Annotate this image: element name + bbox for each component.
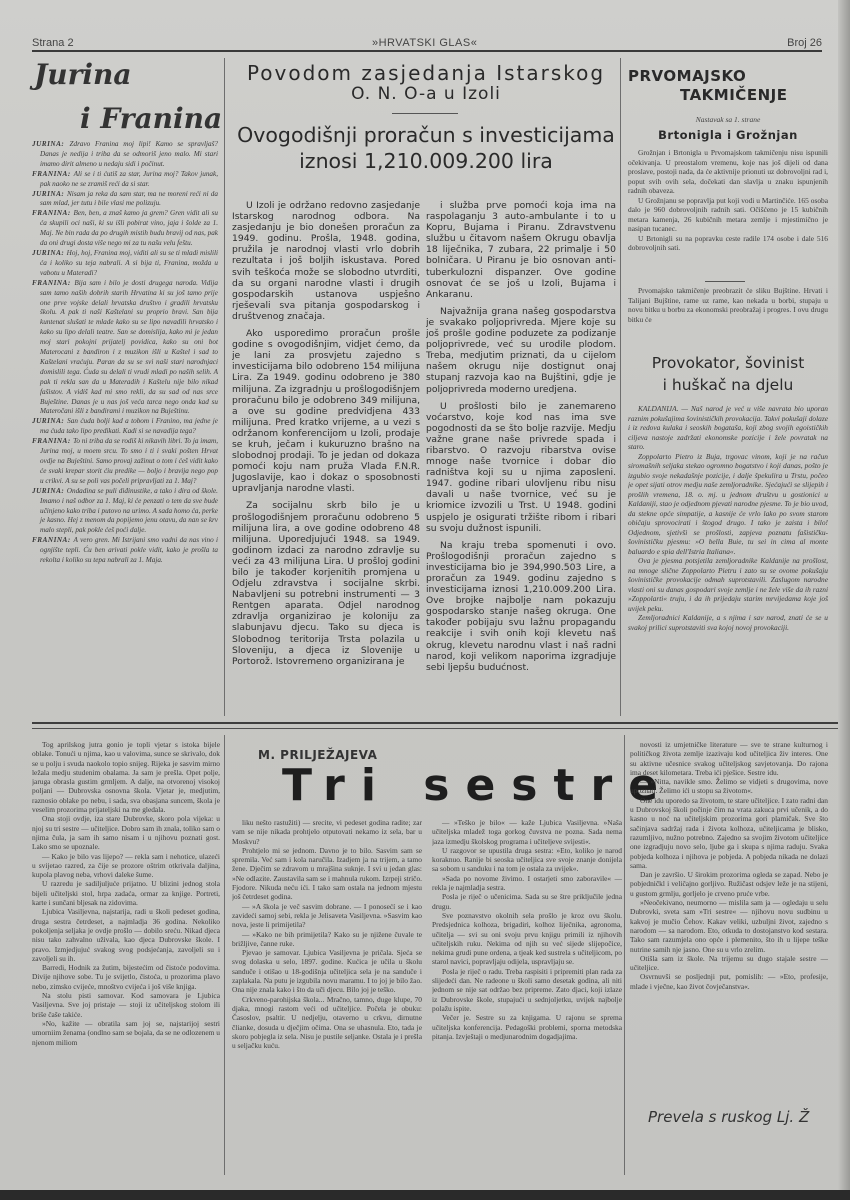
dialogue-text: Nisam ja reka da sam star, ma ne moreni … — [40, 190, 218, 208]
dialogue-line: FRANINA: Ben, ben, a znaš kamo ja grem? … — [32, 209, 218, 249]
speaker-name: FRANINA: — [32, 279, 74, 287]
paragraph: One idu uporedo sa životom, te stare uči… — [630, 796, 828, 870]
column-rule — [224, 58, 225, 716]
paragraph: Crkveno-parohijska škola... Mračno, tamn… — [232, 995, 422, 1051]
paragraph: novosti iz umjetničke literature — sve t… — [630, 740, 828, 777]
page-edge — [838, 0, 850, 1200]
paragraph: — »A škola je več sasvim dobrane. — I po… — [232, 902, 422, 930]
dialogue-line: FRANINA: Bija sam i bilo je dosti drugeg… — [32, 279, 218, 418]
paragraph: Osvrnuvši se posljednji put, pomislih: —… — [630, 972, 828, 991]
story-column-2: liku nešto rastužiti) — srecite, vi pede… — [232, 818, 422, 1180]
headline-line-2: iznosi 1,210.009.200 lira — [232, 148, 620, 174]
story-column-4: novosti iz umjetničke literature — sve t… — [630, 740, 828, 1098]
newspaper-page: Strana 2 »HRVATSKI GLAS« Broj 26 Jurina … — [0, 0, 850, 1200]
paragraph: »No, kažite — obratila sam joj se, najst… — [32, 1019, 220, 1047]
paragraph: Ona stoji ovdje, iza stare Dubrovke, sko… — [32, 814, 220, 851]
dialogue-line: FRANINA: To ni triba da se rodiš ki nika… — [32, 437, 218, 487]
dialogue-line: FRANINA: A vero gren. Mi Istrijani smo v… — [32, 536, 218, 566]
speaker-name: JURINA: — [32, 190, 67, 198]
paragraph: Ova je pjesma potsjetila zemljoradnike K… — [628, 556, 828, 613]
paragraph: Zemljoradnici Kaldanije, a s njima i sav… — [628, 613, 828, 632]
paragraph: Na kraju treba spomenuti i ovo. Prošlogo… — [426, 540, 616, 673]
continuation-note: Nastavak sa 1. strane — [628, 115, 828, 124]
paragraph: U razgovor se upustila druga sestra: »Et… — [432, 846, 622, 874]
dialogue-line: JURINA: Ondadina se puli diđinustike, a … — [32, 487, 218, 537]
paragraph: U prošlosti bilo je zanemareno voćarstvo… — [426, 401, 616, 534]
paragraph: Na stolu pisti samovar. Kod samovara je … — [32, 991, 220, 1019]
dialogue-line: JURINA: Hoj, hoj, Franina moj, viditi al… — [32, 249, 218, 279]
section-rule — [32, 728, 838, 729]
masthead: Strana 2 »HRVATSKI GLAS« Broj 26 — [32, 34, 822, 52]
paragraph: Otišla sam iz škole. Na trijemu su dugo … — [630, 954, 828, 973]
paper-name: »HRVATSKI GLAS« — [372, 37, 477, 49]
paragraph: Sve poznavstvo okolnih sela prošlo je kr… — [432, 911, 622, 967]
headline-line-1: Ovogodišnji proračun s investicijama — [232, 122, 620, 148]
prvomajsko-closing: Prvomajsko takmičenje preobrazit će slik… — [628, 286, 828, 330]
provokator-body: KALDANIJA. — Naš narod je već u više nav… — [628, 404, 828, 712]
paragraph: Posla je riječ o učenicima. Sada su se š… — [432, 892, 622, 911]
dialogue-line: FRANINA: Ali se i ti ćutiš za star, Juri… — [32, 170, 218, 190]
prvomajsko-subtitle: Brtonigla i Grožnjan — [628, 128, 828, 142]
section-divider — [705, 281, 745, 282]
paragraph: Ljubica Vasiljevna, najstarija, radi u š… — [32, 907, 220, 963]
dialogue-line: JURINA: Nisam ja reka da sam star, ma ne… — [32, 190, 218, 210]
dialogue-text: Hoj, hoj, Franina moj, viditi ali su se … — [40, 249, 218, 277]
paragraph: Prohtjelo mi se jednom. Davno je to bilo… — [232, 846, 422, 902]
dialogue-line: JURINA: San ćuda bolji kad a tobom i Fra… — [32, 417, 218, 437]
story-column-1: Tog aprilskog jutra gonio je topli vjeta… — [32, 740, 220, 1180]
dialogue-text: Bija sam i bilo je dosti drugega naroda.… — [40, 279, 218, 416]
paragraph: »Neočekivano, neumorno — mislila sam ja … — [630, 898, 828, 954]
speaker-name: FRANINA: — [32, 536, 74, 544]
column-rule — [624, 735, 625, 1175]
speaker-name: FRANINA: — [32, 437, 73, 445]
paragraph: liku nešto rastužiti) — srecite, vi pede… — [232, 818, 422, 846]
speaker-name: JURINA: — [32, 249, 67, 257]
paragraph: Najvažnija grana našeg gospodarstva je s… — [426, 306, 616, 395]
paragraph: KALDANIJA. — Naš narod je već u više nav… — [628, 404, 828, 452]
story-column-3: — »Teško je bilo« — kaže Ljubica Vasilje… — [432, 818, 622, 1180]
dialogue-body: JURINA: Zdravo Franina moj lipi! Kamo se… — [32, 140, 218, 715]
article-kicker-sub: O. N. O-a u Izoli — [232, 84, 620, 104]
dialogue-text: Ondadina se puli diđinustike, a tako i d… — [40, 487, 218, 535]
paragraph: — Kako je bilo vas lijepo? — rekla sam i… — [32, 852, 220, 880]
paragraph: Dan je završio. U širokim prozorima ogle… — [630, 870, 828, 898]
paragraph: — »Nitta, navikle smo. Želimo se vidjeti… — [630, 777, 828, 796]
closing-paragraph: Prvomajsko takmičenje preobrazit će slik… — [628, 286, 828, 324]
paragraph: Tog aprilskog jutra gonio je topli vjeta… — [32, 740, 220, 814]
paragraph: — »Kako ne bih primijetila? Kako su je n… — [232, 930, 422, 949]
section-rule — [32, 722, 838, 724]
article-column-2: i služba prve pomoći koja ima na raspola… — [426, 200, 616, 712]
article-column-1: U Izoli je održano redovno zasjedanje Is… — [232, 200, 420, 712]
dialogue-line: JURINA: Zdravo Franina moj lipi! Kamo se… — [32, 140, 218, 170]
column-rule — [620, 58, 621, 716]
paragraph: Barredi, Hodnik za žutim, bijestećim od … — [32, 963, 220, 991]
paragraph: Za socijalnu skrb bilo je u prošlogodišn… — [232, 500, 420, 666]
speaker-name: JURINA: — [32, 417, 67, 425]
provokator-headline: Provokator, šovinist i huškač na djelu — [628, 352, 828, 396]
speaker-name: JURINA: — [32, 487, 67, 495]
article-headline: Ovogodišnji proračun s investicijama izn… — [232, 122, 620, 174]
translator-credit: Prevela s ruskog Lj. Ž — [648, 1108, 809, 1126]
article-kicker: Povodom zasjedanja Istarskog — [232, 62, 620, 84]
speaker-name: FRANINA: — [32, 170, 74, 178]
page-bottom-edge — [0, 1190, 850, 1200]
prvomajsko-title-2: TAKMIČENJE — [680, 86, 787, 104]
prvomajsko-body: Grožnjan i Brtonigla u Prvomajskom takmi… — [628, 148, 828, 258]
paragraph: Ako usporedimo proračun prošle godine s … — [232, 328, 420, 494]
paragraph: Pjevao je samovar. Ljubica Vasiljevna je… — [232, 948, 422, 994]
headline-divider — [392, 113, 458, 114]
paragraph: — »Teško je bilo« — kaže Ljubica Vasilje… — [432, 818, 622, 846]
jurina-title: Jurina — [34, 60, 132, 90]
column-rule — [224, 735, 225, 1175]
issue-number: Broj 26 — [787, 37, 822, 49]
paragraph: »Sada po novome živimo. I ostarjeti smo … — [432, 874, 622, 893]
page-number: Strana 2 — [32, 37, 74, 49]
paragraph: i služba prve pomoći koja ima na raspola… — [426, 200, 616, 300]
paragraph: U razredu je sadiljuljuće prijatno. U bl… — [32, 879, 220, 907]
paragraph: U Grožnjanu se popravlja put koji vodi u… — [628, 196, 828, 234]
paragraph: Zoppolarto Pietro iz Buja, trgovac vinom… — [628, 452, 828, 557]
prvomajsko-title-1: PRVOMAJSKO — [628, 66, 746, 86]
paragraph: U Izoli je održano redovno zasjedanje Is… — [232, 200, 420, 322]
dialogue-text: San ćuda bolji kad a tobom i Franino, ma… — [40, 417, 218, 435]
paragraph: Posla je riječ o radu. Treba raspisiti i… — [432, 967, 622, 1013]
paragraph: U Brtonigli su na popravku ceste radile … — [628, 234, 828, 253]
paragraph: Večer je. Sestre su za knjigama. U rajon… — [432, 1013, 622, 1041]
franina-title: i Franina — [80, 104, 222, 134]
paragraph: Grožnjan i Brtonigla u Prvomajskom takmi… — [628, 148, 828, 196]
provokator-title-2: i huškač na djelu — [628, 374, 828, 396]
speaker-name: JURINA: — [32, 140, 69, 148]
story-title: Tri sestre — [282, 762, 674, 810]
provokator-title-1: Provokator, šovinist — [628, 352, 828, 374]
speaker-name: FRANINA: — [32, 209, 74, 217]
